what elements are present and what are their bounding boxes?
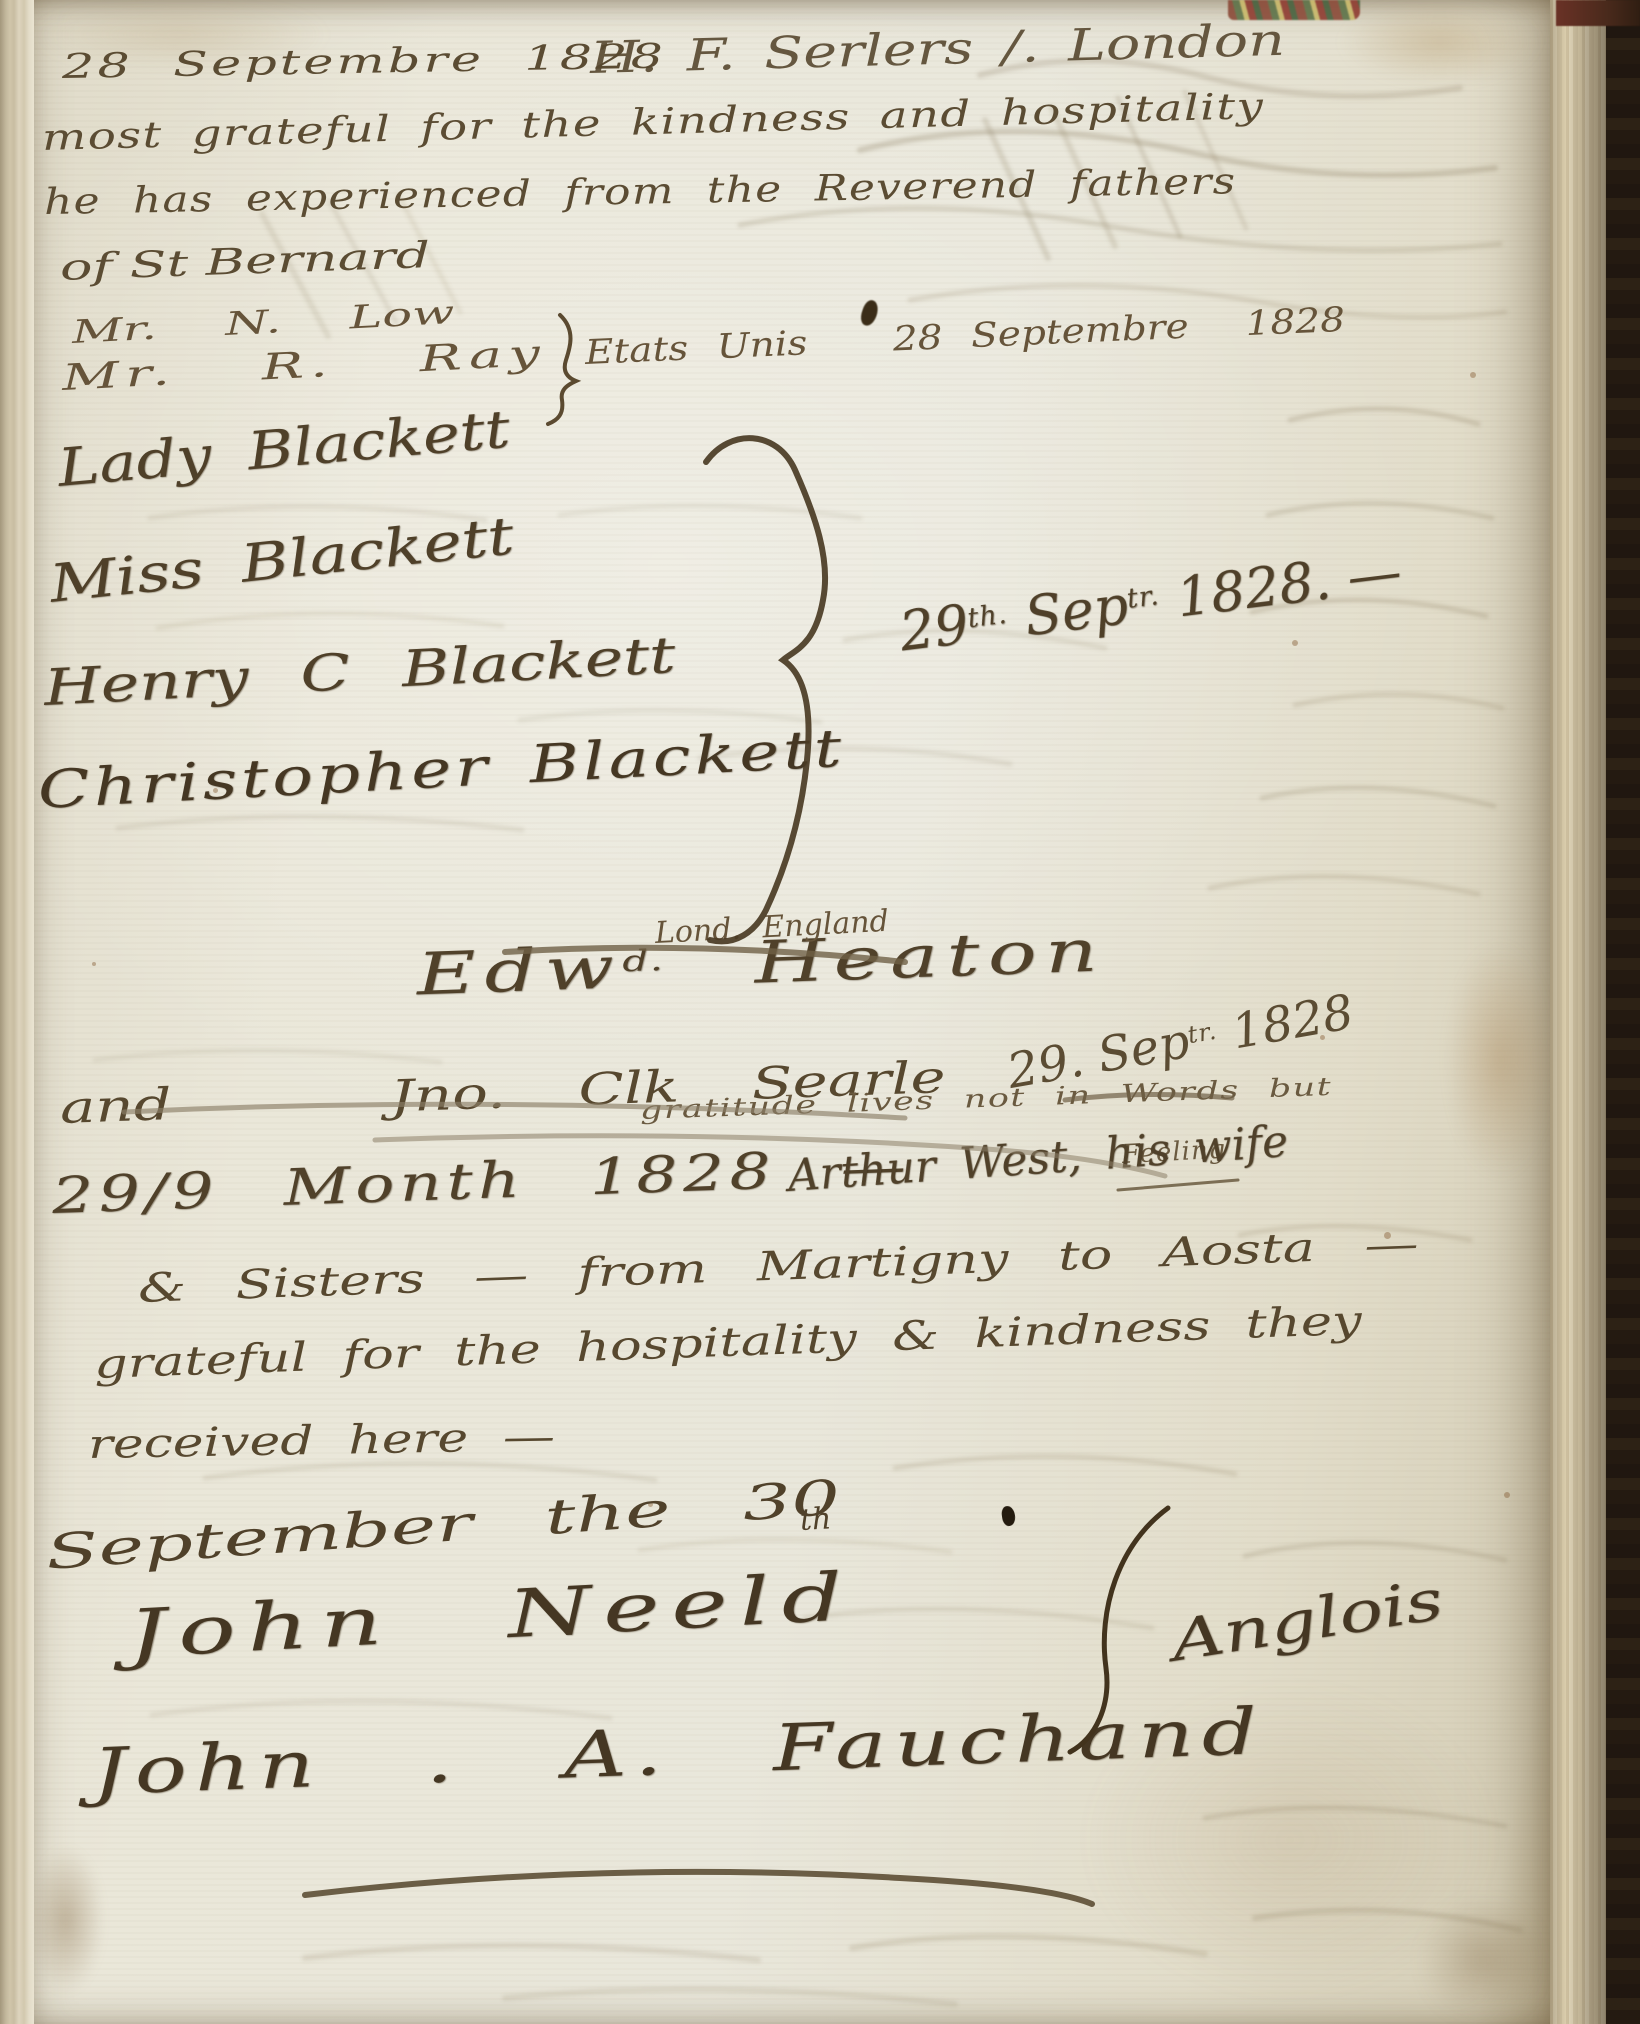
blackett-date-month: Sep (1004, 573, 1131, 650)
entry-west-line4: received here — (88, 1416, 556, 1466)
blackett-date-ordinal: th. (966, 598, 1009, 634)
book-page-stack-left (0, 0, 34, 2024)
entry-september-30-ordinal: th (799, 1503, 832, 1536)
blackett-date-day: 29 (896, 592, 972, 663)
guestbook-scan: 28 Septembre 1828 H. F. Serlers /. Londo… (0, 0, 1640, 2024)
cover-corner-sliver (1556, 0, 1640, 26)
marbled-cover-sliver (1228, 0, 1360, 20)
book-binding (1606, 0, 1640, 2024)
heaton-date-year: 1828 (1213, 984, 1358, 1063)
blackett-date-month-suffix: tr. (1125, 580, 1161, 615)
blackett-date-year: 1828. — (1156, 539, 1405, 631)
heaton-first: Edw (415, 933, 623, 1008)
heaton-date-month: Sep (1093, 1013, 1193, 1084)
heaton-date-month-suffix: tr. (1186, 1017, 1220, 1050)
book-page-edge-right (1550, 0, 1606, 2024)
